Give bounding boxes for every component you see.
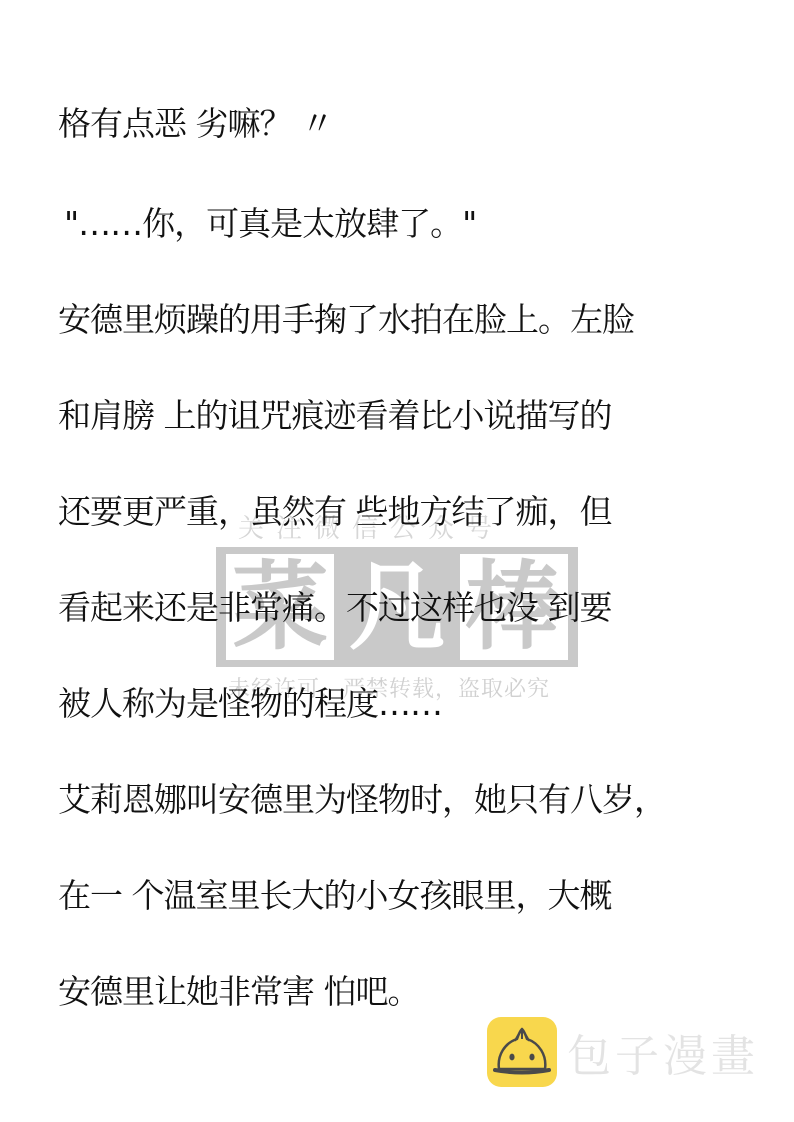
text-line: 在一 个温室里长大的小女孩眼里，大概 [58, 876, 612, 916]
text-line: 和肩膀 上的诅咒痕迹看着比小说描写的 [58, 396, 612, 436]
document-page: 格有点恶 劣嘛？ 〃 "……你，可真是太放肆了。" 安德里烦躁的用手掬了水拍在脸… [0, 0, 794, 1122]
text-line: 看起来还是非常痛。不过这样也没 到要 [58, 588, 612, 628]
text-line: 安德里让她非常害 怕吧。 [58, 972, 420, 1012]
text-line: 还要更严重，虽然有 些地方结了痂，但 [58, 492, 612, 532]
text-line: 被人称为是怪物的程度…… [58, 684, 442, 724]
logo-text: 包子漫畫 [567, 1020, 759, 1084]
steamed-bun-icon [487, 1017, 557, 1087]
site-logo: 包子漫畫 [487, 1017, 759, 1087]
text-line: 安德里烦躁的用手掬了水拍在脸上。左脸 [58, 300, 634, 340]
text-line: "……你，可真是太放肆了。" [64, 204, 476, 244]
text-line: 格有点恶 劣嘛？ 〃 [58, 104, 333, 144]
text-line: 艾莉恩娜叫安德里为怪物时，她只有八岁， [58, 780, 666, 820]
